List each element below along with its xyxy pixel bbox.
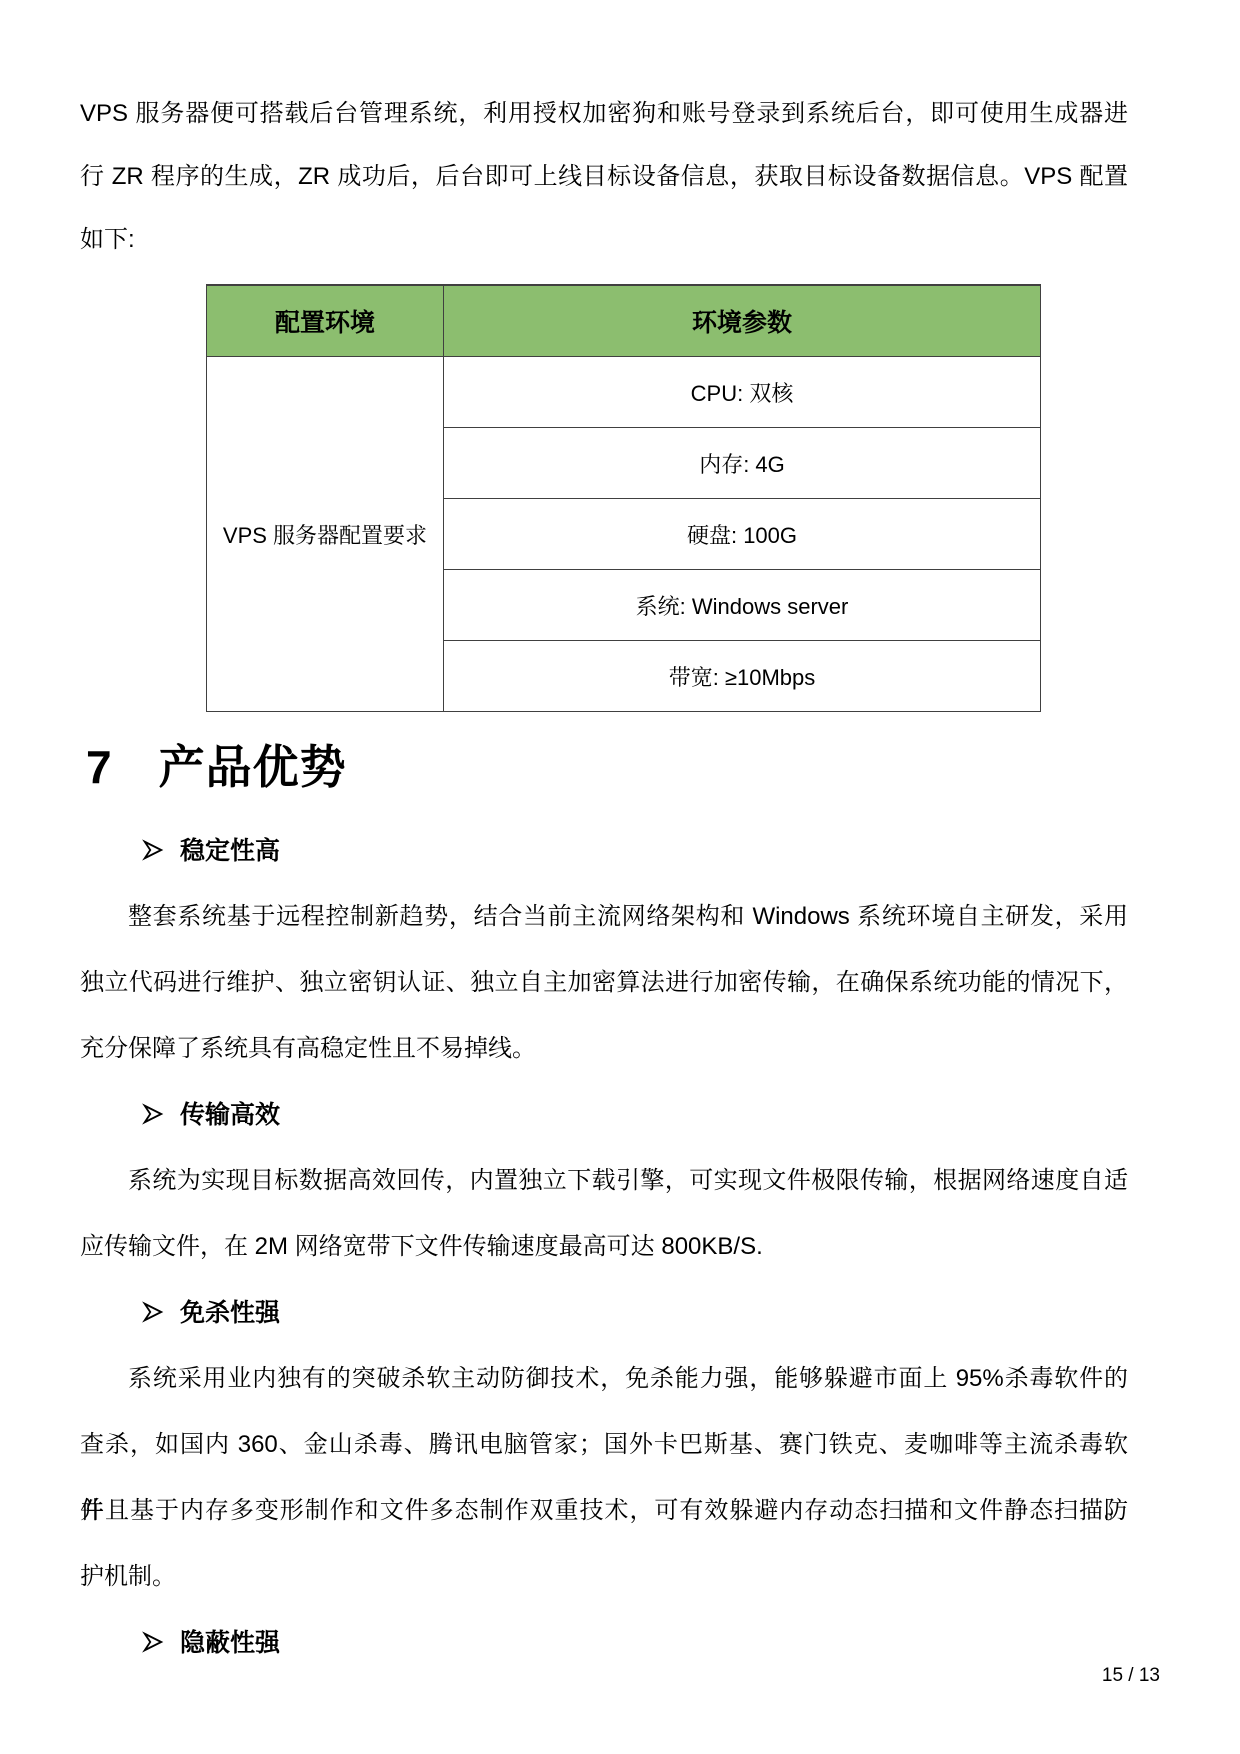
bullet-label: 稳定性高 [180, 837, 280, 865]
paragraph-line: 并且基于内存多变形制作和文件多态制作双重技术，可有效躲避内存动态扫描和文件静态扫… [80, 1478, 1128, 1544]
paragraph-line: 护机制。 [80, 1544, 1128, 1610]
bullet-item-stealth: 隐蔽性强 [80, 1610, 1128, 1676]
bullet-label: 免杀性强 [180, 1299, 280, 1327]
header-cell-config-env: 配置环境 [207, 285, 444, 357]
paragraph-line: 独立代码进行维护、独立密钥认证、独立自主加密算法进行加密传输，在确保系统功能的情… [80, 950, 1128, 1016]
header-cell-env-params: 环境参数 [444, 285, 1041, 357]
cell-row-label: VPS 服务器配置要求 [207, 357, 444, 712]
vps-config-table-body: VPS 服务器配置要求 CPU: 双核 内存: 4G 硬盘: 100G 系统: … [207, 357, 1041, 712]
paragraph-line: 应传输文件，在 2M 网络宽带下文件传输速度最高可达 800KB/S. [80, 1214, 1128, 1280]
section-heading: 7产品优势 [86, 730, 1128, 804]
bullet-label: 隐蔽性强 [180, 1629, 280, 1657]
section-heading-number: 7 [86, 741, 113, 793]
intro-line-3: 如下: [80, 208, 1128, 271]
paragraph-line: 查杀，如国内 360、金山杀毒、腾讯电脑管家；国外卡巴斯基、赛门铁克、麦咖啡等主… [80, 1412, 1128, 1478]
arrow-bullet-icon [142, 1631, 164, 1653]
bullet-item-stability: 稳定性高 [80, 818, 1128, 884]
paragraph-line: 系统采用业内独有的突破杀软主动防御技术，免杀能力强，能够躲避市面上 95%杀毒软… [80, 1346, 1128, 1412]
vps-config-table-header: 配置环境 环境参数 [207, 285, 1041, 357]
intro-line-1: VPS 服务器便可搭载后台管理系统，利用授权加密狗和账号登录到系统后台，即可使用… [80, 82, 1128, 145]
table-header-row: 配置环境 环境参数 [207, 285, 1041, 357]
cell-disk: 硬盘: 100G [444, 499, 1041, 570]
arrow-bullet-icon [142, 1103, 164, 1125]
bullet-label: 传输高效 [180, 1101, 280, 1129]
cell-cpu: CPU: 双核 [444, 357, 1041, 428]
table-row: VPS 服务器配置要求 CPU: 双核 [207, 357, 1041, 428]
document-page: VPS 服务器便可搭载后台管理系统，利用授权加密狗和账号登录到系统后台，即可使用… [0, 0, 1240, 1754]
cell-os: 系统: Windows server [444, 570, 1041, 641]
paragraph-line: 整套系统基于远程控制新趋势，结合当前主流网络架构和 Windows 系统环境自主… [80, 884, 1128, 950]
bullet-item-transfer: 传输高效 [80, 1082, 1128, 1148]
cell-bandwidth: 带宽: ≥10Mbps [444, 641, 1041, 712]
bullet-item-antivirus-evasion: 免杀性强 [80, 1280, 1128, 1346]
arrow-bullet-icon [142, 1301, 164, 1323]
cell-memory: 内存: 4G [444, 428, 1041, 499]
arrow-bullet-icon [142, 839, 164, 861]
vps-config-table: 配置环境 环境参数 VPS 服务器配置要求 CPU: 双核 内存: 4G 硬盘:… [206, 284, 1041, 712]
paragraph-line: 充分保障了系统具有高稳定性且不易掉线。 [80, 1016, 1128, 1082]
section-heading-title: 产品优势 [159, 741, 347, 793]
document-content: VPS 服务器便可搭载后台管理系统，利用授权加密狗和账号登录到系统后台，即可使用… [80, 82, 1128, 1676]
intro-line-2: 行 ZR 程序的生成，ZR 成功后，后台即可上线目标设备信息，获取目标设备数据信… [80, 145, 1128, 208]
paragraph-line: 系统为实现目标数据高效回传，内置独立下载引擎，可实现文件极限传输，根据网络速度自… [80, 1148, 1128, 1214]
page-number: 15 / 13 [1102, 1662, 1160, 1690]
